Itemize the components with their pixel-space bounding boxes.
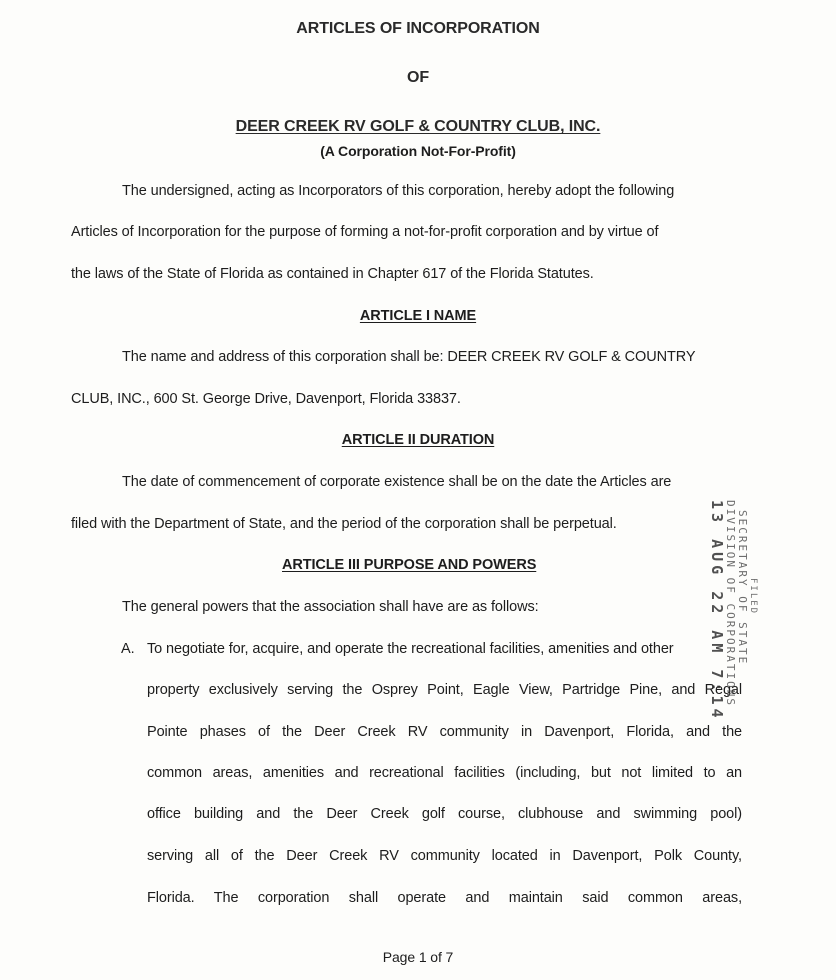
article-1-line-1: The name and address of this corporation… bbox=[122, 349, 695, 365]
stamp-filed: FILED bbox=[748, 578, 758, 615]
item-a-line-7: Florida. The corporation shall operate a… bbox=[147, 890, 742, 906]
intro-line-1: The undersigned, acting as Incorporators… bbox=[122, 183, 674, 199]
article-1-line-2: CLUB, INC., 600 St. George Drive, Davenp… bbox=[71, 391, 461, 407]
item-a-line-3: Pointe phases of the Deer Creek RV commu… bbox=[147, 724, 742, 740]
document-of: OF bbox=[0, 69, 836, 87]
item-a-line-4: common areas, amenities and recreational… bbox=[147, 765, 742, 781]
corporation-name: DEER CREEK RV GOLF & COUNTRY CLUB, INC. bbox=[0, 118, 836, 136]
article-3-intro: The general powers that the association … bbox=[122, 599, 539, 615]
filing-stamp: 13 AUG 22 AM 7:14 FILED SECRETARY OF STA… bbox=[708, 500, 768, 710]
article-3-heading: ARTICLE III PURPOSE AND POWERS bbox=[282, 557, 536, 573]
document-page: ARTICLES OF INCORPORATION OF DEER CREEK … bbox=[0, 0, 836, 980]
item-a-line-1: To negotiate for, acquire, and operate t… bbox=[147, 641, 674, 657]
corporation-type: (A Corporation Not-For-Profit) bbox=[0, 143, 836, 159]
item-a-line-2: property exclusively serving the Osprey … bbox=[147, 682, 742, 698]
document-title: ARTICLES OF INCORPORATION bbox=[0, 20, 836, 38]
stamp-line-1: SECRETARY OF STATE bbox=[736, 510, 749, 665]
article-2-line-2: filed with the Department of State, and … bbox=[71, 516, 617, 532]
intro-line-2: Articles of Incorporation for the purpos… bbox=[71, 224, 658, 240]
article-2-line-1: The date of commencement of corporate ex… bbox=[122, 474, 671, 490]
stamp-line-2: DIVISION OF CORPORATIONS bbox=[724, 500, 737, 707]
article-2-heading: ARTICLE II DURATION bbox=[0, 432, 836, 448]
article-1-heading: ARTICLE I NAME bbox=[0, 308, 836, 324]
item-a-line-6: serving all of the Deer Creek RV communi… bbox=[147, 848, 742, 864]
item-a-marker: A. bbox=[121, 641, 135, 657]
intro-line-3: the laws of the State of Florida as cont… bbox=[71, 266, 594, 282]
item-a-line-5: office building and the Deer Creek golf … bbox=[147, 806, 742, 822]
page-number: Page 1 of 7 bbox=[0, 949, 836, 965]
